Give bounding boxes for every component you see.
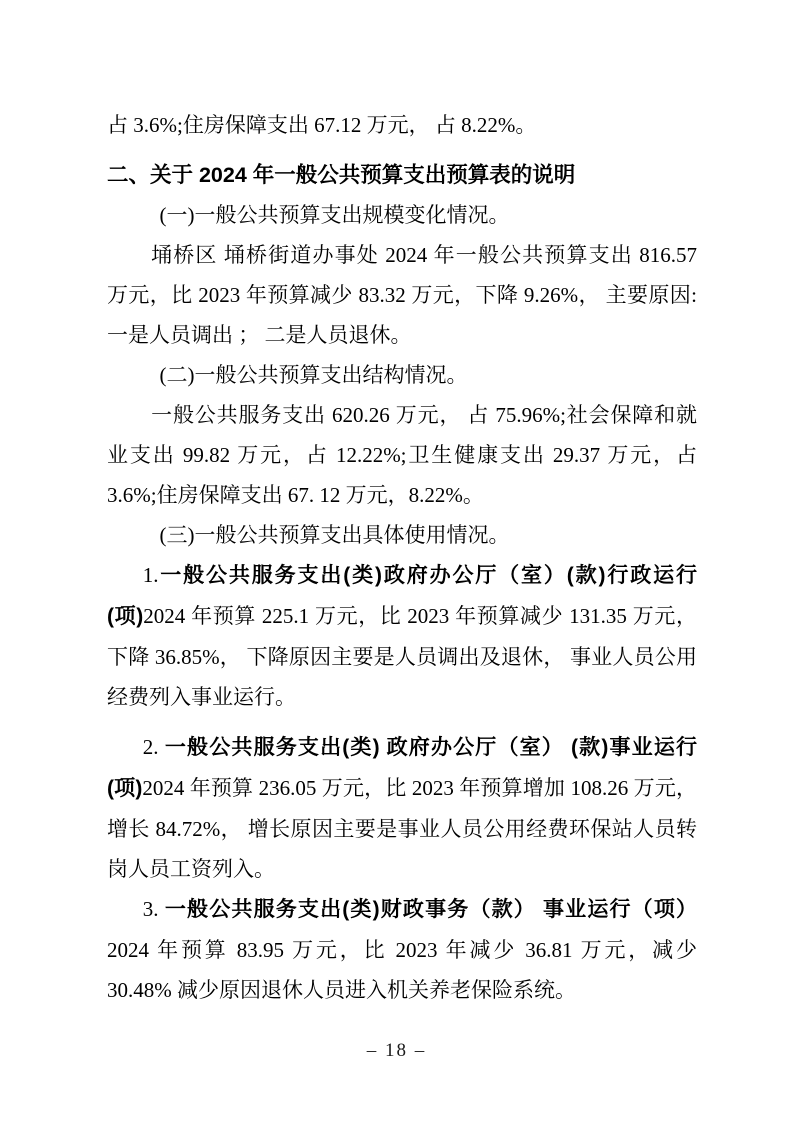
item-1-number: 1.: [143, 563, 159, 587]
budget-item-3: 3. 一般公共服务支出(类)财政事务（款） 事业运行（项）2024 年预算 83…: [107, 889, 697, 1010]
paragraph-scale-change: 埇桥区 埇桥街道办事处 2024 年一般公共预算支出 816.57 万元，比 2…: [107, 235, 697, 355]
continuation-line: 占 3.6%;住房保障支出 67.12 万元， 占 8.22%。: [107, 105, 697, 145]
document-body: 占 3.6%;住房保障支出 67.12 万元， 占 8.22%。 二、关于 20…: [107, 105, 697, 1010]
section-heading: 二、关于 2024 年一般公共预算支出预算表的说明: [107, 155, 697, 195]
paragraph-structure: 一般公共服务支出 620.26 万元， 占 75.96%;社会保障和就业支出 9…: [107, 395, 697, 515]
page-number: – 18 –: [0, 1040, 793, 1062]
item-2-body: 2024 年预算 236.05 万元，比 2023 年预算增加 108.26 万…: [107, 776, 697, 881]
item-3-number: 3.: [143, 897, 165, 921]
item-1-body: 2024 年预算 225.1 万元，比 2023 年预算减少 131.35 万元…: [107, 604, 697, 709]
document-page: 占 3.6%;住房保障支出 67.12 万元， 占 8.22%。 二、关于 20…: [0, 0, 793, 1122]
item-3-heading: 一般公共服务支出(类)财政事务（款） 事业运行（项）: [165, 898, 697, 921]
item-2-number: 2.: [143, 735, 165, 759]
budget-item-1: 1.一般公共服务支出(类)政府办公厅（室）(款)行政运行(项)2024 年预算 …: [107, 555, 697, 717]
subsection-title-2: (二)一般公共预算支出结构情况。: [107, 355, 697, 395]
subsection-title-1: (一)一般公共预算支出规模变化情况。: [107, 195, 697, 235]
budget-item-2: 2. 一般公共服务支出(类) 政府办公厅（室） (款)事业运行(项)2024 年…: [107, 727, 697, 889]
subsection-title-3: (三)一般公共预算支出具体使用情况。: [107, 515, 697, 555]
item-3-body: 2024 年预算 83.95 万元，比 2023 年减少 36.81 万元，减少…: [107, 938, 697, 1002]
